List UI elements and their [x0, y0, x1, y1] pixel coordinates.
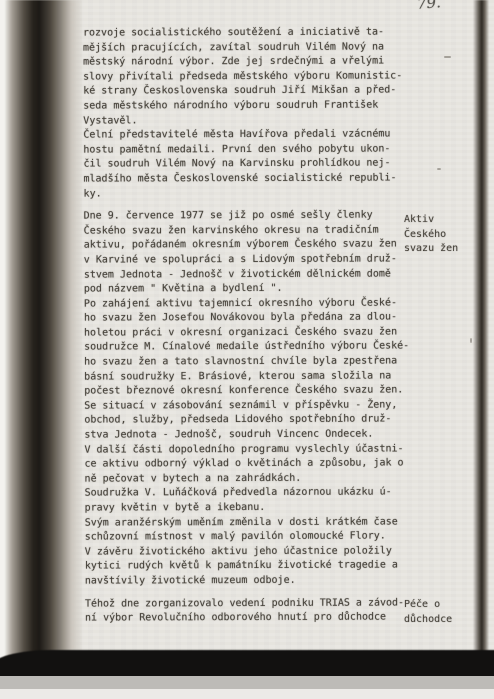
page-number-handwritten: 79. — [416, 0, 441, 13]
scan-speck — [444, 56, 451, 58]
typewritten-paragraph: rozvoje socialistického soutěžení a inic… — [83, 25, 413, 128]
scan-bottom-edge — [0, 689, 494, 699]
typewritten-paragraph: Dne 9. července 1977 se již po osmé sešl… — [84, 209, 414, 298]
typewritten-paragraph: Téhož dne zorganizovalo vedení podniku T… — [85, 596, 415, 626]
typewritten-paragraph: Čelní představitelé města Havířova předa… — [83, 128, 413, 202]
scanned-document-page: 79. rozvoje socialistického soutěžení a … — [0, 0, 494, 699]
scan-speck — [470, 338, 472, 343]
typewritten-text-column: rozvoje socialistického soutěžení a inic… — [83, 25, 415, 626]
scan-right-edge-streak — [473, 0, 489, 678]
scan-speck — [437, 168, 441, 170]
binding-shadow — [5, 0, 83, 680]
scan-bottom-black-band — [0, 650, 494, 677]
typewritten-paragraph: Po zahájení aktivu tajemnicí okresního v… — [84, 296, 415, 589]
